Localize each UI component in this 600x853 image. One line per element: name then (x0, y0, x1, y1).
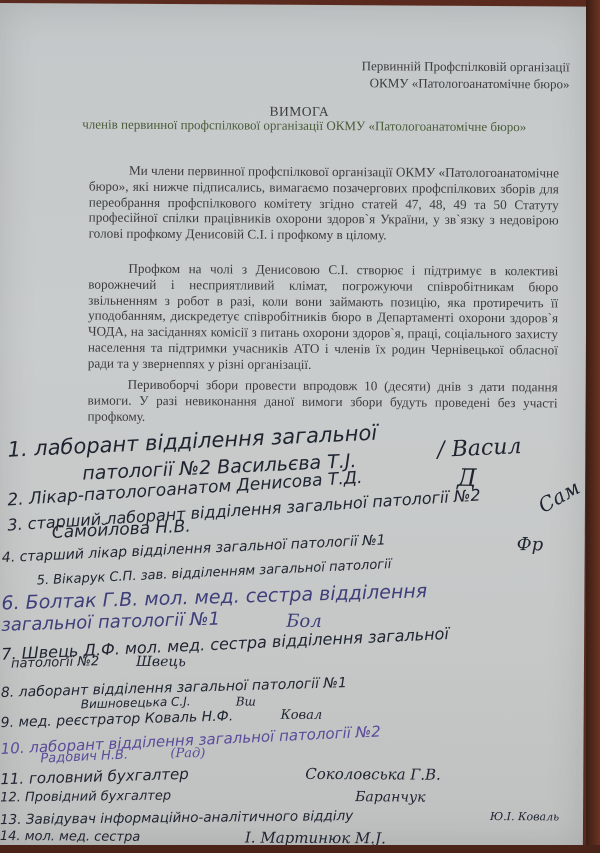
signature-10-line-b: Радович Н.В. (40, 748, 128, 767)
addressee-block: Первинній Профспілковій організації ОКМУ… (299, 57, 569, 93)
paragraph-deadline: Перивоборчі збори провести впродовж 10 (… (87, 377, 557, 427)
signature-9-mark: Ковал (281, 708, 323, 723)
signature-3-mark: Сам (534, 475, 584, 518)
signature-7-line-b: патології №2 (11, 654, 100, 672)
signature-12-mark: Баранчук (355, 789, 425, 805)
signature-8-line-b: Вишновецька С.Ј. (81, 694, 191, 711)
paragraph-complaint: Профком на чолі з Денисовою С.І. створює… (88, 261, 559, 374)
signature-11-line-a: 11. головний бухгалтер (0, 765, 189, 788)
addressee-line-2: ОКМУ «Патологоанатомічне бюро» (299, 74, 569, 93)
document-page: Первинній Профспілковій організації ОКМУ… (0, 3, 588, 849)
addressee-line-1: Первинній Профспілковій організації (300, 57, 570, 76)
signature-8-mark: Вш (236, 694, 256, 708)
signature-6-mark: Бол (286, 611, 322, 632)
document-subtitle: членів первинної профспілкової організац… (74, 116, 534, 134)
signature-11-mark: Соколовська Г.В. (305, 765, 441, 784)
desk-edge-right (586, 0, 600, 853)
signature-13-mark: Ю.І. Коваль (490, 810, 559, 823)
signature-10-mark: (Рад) (170, 746, 205, 761)
signature-7-mark: Швець (136, 654, 186, 670)
signature-14-line-a: 14. мол. мед. сестра (0, 829, 140, 845)
signature-13-line-a: 13. Завідувач інформаційно-аналітичного … (0, 808, 353, 828)
desk-edge-bottom (0, 845, 600, 853)
signature-list: 1. лаборант відділення загальної патолог… (0, 3, 588, 7)
paragraph-demand: Ми члени первинної профспілкової організ… (89, 163, 559, 245)
signature-1-mark: / Васил (437, 434, 522, 463)
signature-12-line-a: 12. Провідний бухгалтер (0, 789, 171, 806)
signature-4-mark: Фр (517, 534, 544, 555)
signature-9-line-a: 9. мед. реєстратор Коваль Н.Ф. (0, 708, 233, 731)
